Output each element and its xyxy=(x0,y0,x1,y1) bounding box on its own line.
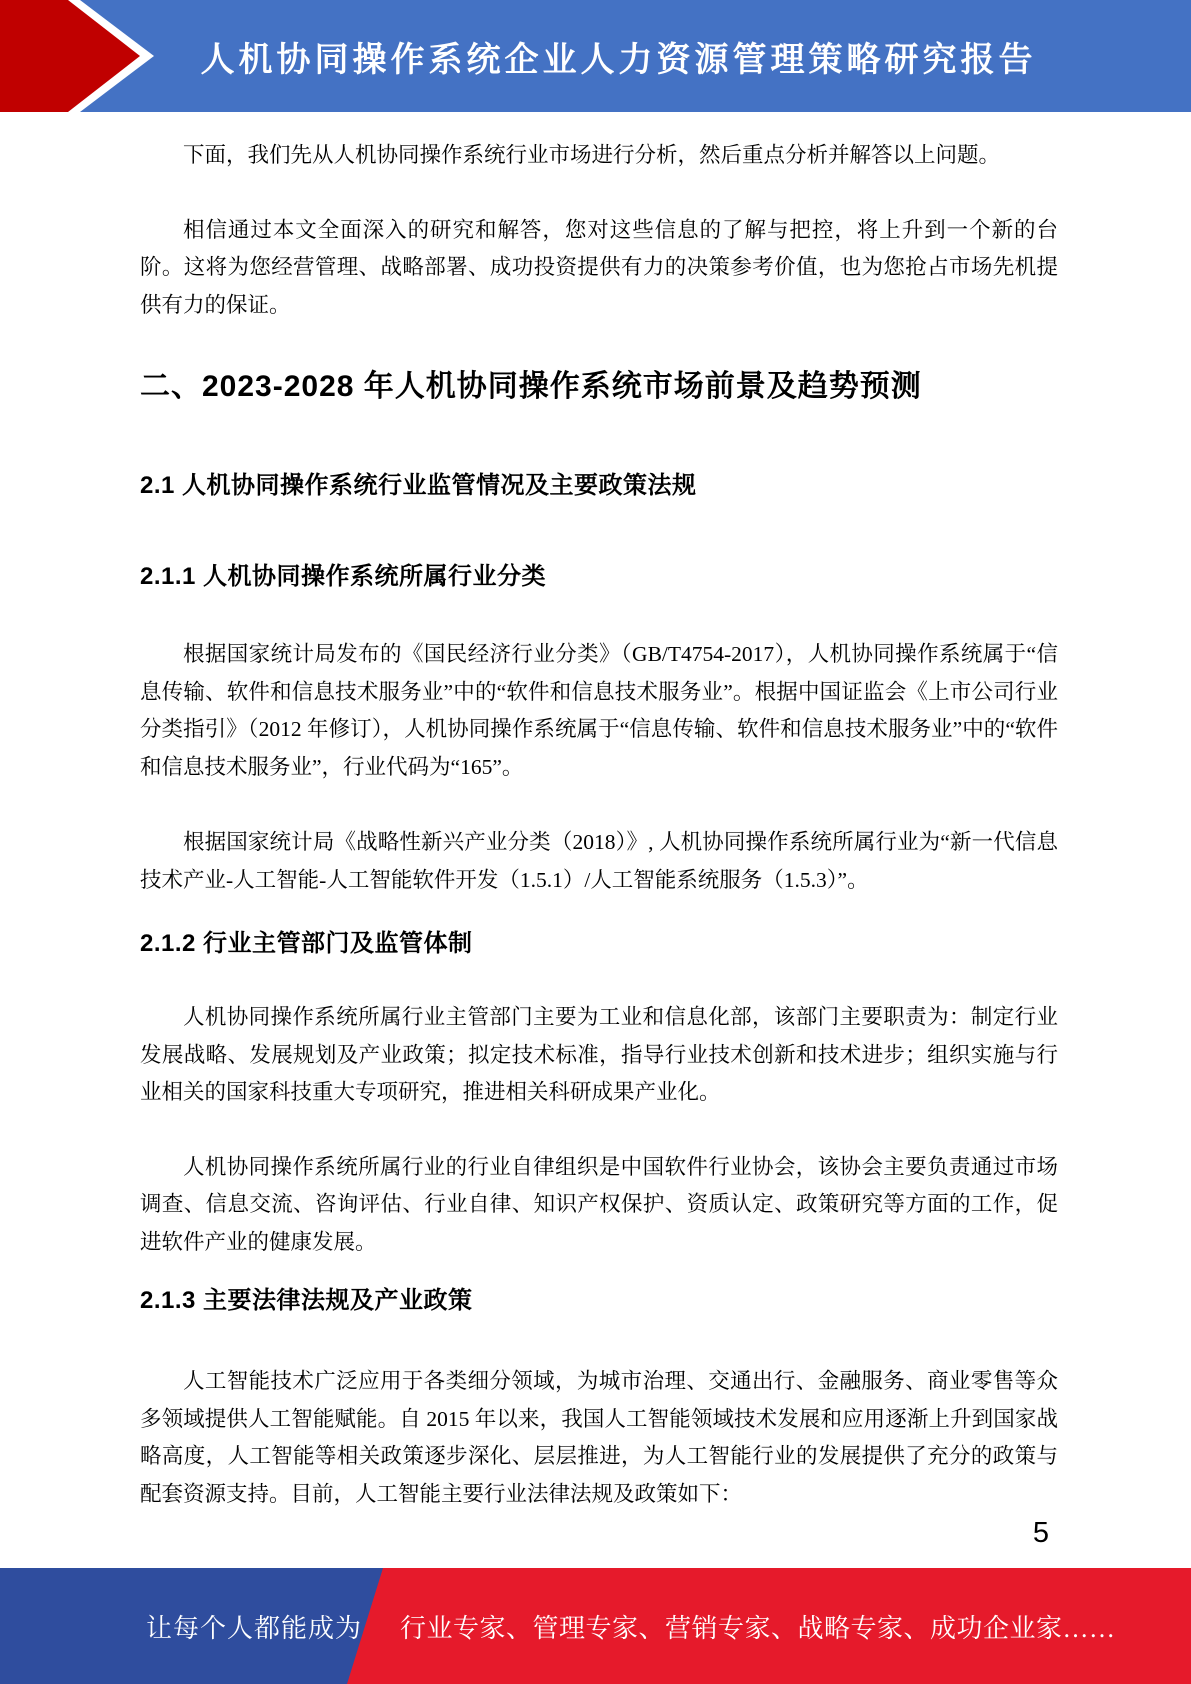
subsection-heading-2-1-2: 2.1.2 行业主管部门及监管体制 xyxy=(140,926,1058,962)
paragraph-industry-classification-2: 根据国家统计局《战略性新兴产业分类（2018）》, 人机协同操作系统所属行业为“… xyxy=(140,824,1058,899)
section-heading-2-1: 2.1 人机协同操作系统行业监管情况及主要政策法规 xyxy=(140,468,1058,504)
paragraph-regulator: 人机协同操作系统所属行业主管部门主要为工业和信息化部，该部门主要职责为：制定行业… xyxy=(140,999,1058,1112)
paragraph-association: 人机协同操作系统所属行业的行业自律组织是中国软件行业协会，该协会主要负责通过市场… xyxy=(140,1149,1058,1262)
page-body: 下面，我们先从人机协同操作系统行业市场进行分析，然后重点分析并解答以上问题。 相… xyxy=(140,112,1058,1513)
paragraph-policy-overview: 人工智能技术广泛应用于各类细分领域，为城市治理、交通出行、金融服务、商业零售等众… xyxy=(140,1363,1058,1513)
subsection-heading-2-1-1: 2.1.1 人机协同操作系统所属行业分类 xyxy=(140,559,1058,595)
chapter-heading: 二、2023-2028 年人机协同操作系统市场前景及趋势预测 xyxy=(140,365,1058,409)
paragraph-industry-classification-1: 根据国家统计局发布的《国民经济行业分类》（GB/T4754-2017），人机协同… xyxy=(140,636,1058,786)
footer-slogan-left: 让每个人都能成为 xyxy=(146,1568,362,1684)
report-page: 人机协同操作系统企业人力资源管理策略研究报告 下面，我们先从人机协同操作系统行业… xyxy=(0,0,1191,1684)
subsection-heading-2-1-3: 2.1.3 主要法律法规及产业政策 xyxy=(140,1283,1058,1319)
footer-slogan-right: 行业专家、管理专家、营销专家、战略专家、成功企业家…… xyxy=(400,1568,1116,1684)
paragraph-intro-1: 下面，我们先从人机协同操作系统行业市场进行分析，然后重点分析并解答以上问题。 xyxy=(140,137,1058,175)
page-number: 5 xyxy=(1033,1517,1049,1550)
report-title: 人机协同操作系统企业人力资源管理策略研究报告 xyxy=(0,0,1191,112)
paragraph-intro-2: 相信通过本文全面深入的研究和解答，您对这些信息的了解与把控，将上升到一个新的台阶… xyxy=(140,212,1058,325)
report-header: 人机协同操作系统企业人力资源管理策略研究报告 xyxy=(0,0,1191,112)
page-footer: 让每个人都能成为 行业专家、管理专家、营销专家、战略专家、成功企业家…… xyxy=(0,1568,1191,1684)
